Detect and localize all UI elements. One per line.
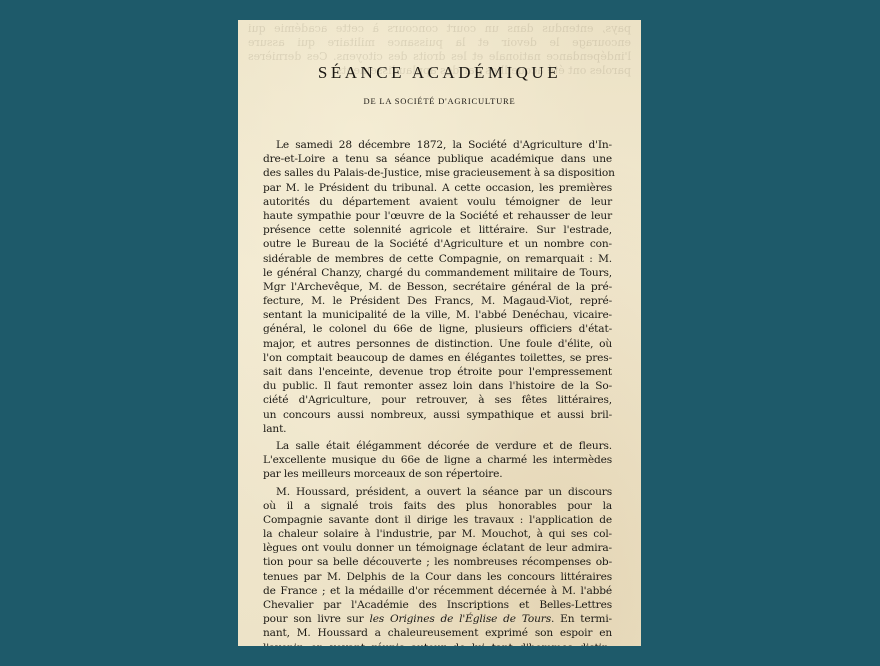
text-line: sidérable de membres de cette Compagnie,… [263, 252, 612, 266]
text-line: l'avenir, en voyant réunis autour de lui… [263, 641, 612, 646]
text-line: sentant la municipalité de la ville, M. … [263, 308, 612, 322]
book-title: les Origines de l'Église de Tours [369, 613, 551, 625]
text-line: du public. Il faut remonter assez loin d… [263, 379, 612, 393]
text-line-with-italic: pour son livre sur les Origines de l'Égl… [263, 612, 612, 626]
text-line: fecture, M. le Président Des Francs, M. … [263, 294, 612, 308]
text-line: le général Chanzy, chargé du commandemen… [263, 266, 612, 280]
article-body: Le samedi 28 décembre 1872, la Société d… [263, 138, 612, 646]
paragraph-3: M. Houssard, président, a ouvert la séan… [263, 485, 612, 647]
paragraph-2: La salle était élégamment décorée de ver… [263, 439, 612, 482]
text-segment: . En termi- [551, 613, 612, 625]
text-line: ciété d'Agriculture, pour retrouver, à s… [263, 393, 612, 407]
text-line: outre le Bureau de la Société d'Agricult… [263, 237, 612, 251]
text-line: haute sympathie pour l'œuvre de la Socié… [263, 209, 612, 223]
scanned-page: pays, entendus dans un court concours à … [238, 20, 641, 646]
text-line: La salle était élégamment décorée de ver… [263, 439, 612, 453]
text-line: nant, M. Houssard a chaleureusement expr… [263, 626, 612, 640]
text-line: Le samedi 28 décembre 1872, la Société d… [263, 138, 612, 152]
text-line: la chaleur solaire à l'industrie, par M.… [263, 527, 612, 541]
text-line: major, et autres personnes de distinctio… [263, 337, 612, 351]
text-line: autorités du département avaient voulu t… [263, 195, 612, 209]
text-line: par les meilleurs morceaux de son répert… [263, 467, 612, 481]
text-line: par M. le Président du tribunal. A cette… [263, 181, 612, 195]
text-line: M. Houssard, président, a ouvert la séan… [263, 485, 612, 499]
text-line: tion pour sa belle découverte ; les nomb… [263, 555, 612, 569]
text-line: lant. [263, 422, 612, 436]
text-line: tenues par M. Delphis de la Cour dans le… [263, 570, 612, 584]
text-line: L'excellente musique du 66e de ligne a c… [263, 453, 612, 467]
text-line: un concours aussi nombreux, aussi sympat… [263, 408, 612, 422]
paragraph-1: Le samedi 28 décembre 1872, la Société d… [263, 138, 612, 436]
text-line: Compagnie savante dont il dirige les tra… [263, 513, 612, 527]
text-line: l'on comptait beaucoup de dames en éléga… [263, 351, 612, 365]
text-segment: pour son livre sur [263, 613, 369, 625]
page-title: SÉANCE ACADÉMIQUE [238, 63, 641, 83]
text-line: où il a signalé trois faits des plus hon… [263, 499, 612, 513]
text-line: Mgr l'Archevêque, M. de Besson, secrétai… [263, 280, 612, 294]
text-line: lègues ont voulu donner un témoignage éc… [263, 541, 612, 555]
text-line: général, le colonel du 66e de ligne, plu… [263, 322, 612, 336]
text-line: dre-et-Loire a tenu sa séance publique a… [263, 152, 612, 166]
text-line: sait dans l'enceinte, devenue trop étroi… [263, 365, 612, 379]
text-line: des salles du Palais-de-Justice, mise gr… [263, 166, 612, 180]
text-line: de France ; et la médaille d'or récemmen… [263, 584, 612, 598]
text-line: présence cette solennité agricole et lit… [263, 223, 612, 237]
text-line: Chevalier par l'Académie des Inscription… [263, 598, 612, 612]
page-subtitle: DE LA SOCIÉTÉ D'AGRICULTURE [238, 96, 641, 106]
